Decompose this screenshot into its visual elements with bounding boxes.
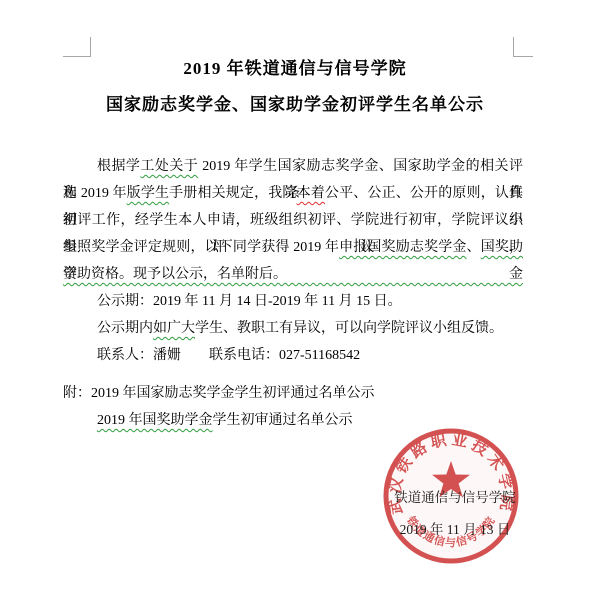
text-boundary-corner-mark-right xyxy=(513,37,533,57)
text-line: 初评工作，经学生本人申请，班级组织初评、学院进行初审，学院评议小组评议， xyxy=(63,207,523,234)
spellcheck-marked-text: 2019 年国奖助学金 xyxy=(97,413,213,428)
text-boundary-corner-mark-left xyxy=(63,37,91,57)
text-segment: 和 2019 年 xyxy=(63,186,127,201)
text-segment: 参照奖学金评定规则，以下同学获得 2019 年 xyxy=(63,240,339,255)
signature-date: 2019 年 11 月 13 日 xyxy=(380,518,530,538)
text-line: 公示期内如广大学生、教职工有异议，可以向学院评议小组反馈。 xyxy=(63,315,523,342)
text-line: 根据学工处关于 2019 年学生国家励志奖学金、国家助学金的相关评选条件 xyxy=(63,153,523,180)
text-segment: 资助资格。现予以公示，名单附后。 xyxy=(63,267,287,282)
text-segment: 根据学 xyxy=(97,159,140,174)
text-line: 参照奖学金评定规则，以下同学获得 2019 年申报国奖励志奖学金、国奖助学金 xyxy=(63,234,523,261)
spellcheck-marked-text: 工处关于 xyxy=(140,159,198,174)
text-segment: 公示期内 xyxy=(97,321,153,336)
spellcheck-marked-text: 版学生 xyxy=(127,186,169,201)
text-segment: 附：2019 年国家励志奖学金学生初评通过名单公示 xyxy=(63,386,375,401)
text-segment: 联系人：潘姗 联系电话：027-51168542 xyxy=(97,348,360,363)
text-line: 附：2019 年国家励志奖学金学生初评通过名单公示 xyxy=(63,380,523,407)
text-segment: 公示期：2019 年 11 月 14 日-2019 年 11 月 15 日。 xyxy=(97,294,402,309)
text-segment: 学生初审通过名单公示 xyxy=(213,413,353,428)
body-paragraph: 根据学工处关于 2019 年学生国家励志奖学金、国家助学金的相关评选条件和 20… xyxy=(63,153,523,369)
title-block: 2019 年铁道通信与信号学院 国家励志奖学金、国家助学金初评学生名单公示 xyxy=(0,58,590,130)
text-line: 和 2019 年版学生手册相关规定，我院本着公平、公正、公开的原则，认真组织 xyxy=(63,180,523,207)
document-page: 2019 年铁道通信与信号学院 国家励志奖学金、国家助学金初评学生名单公示 根据… xyxy=(0,0,590,593)
text-segment: 学生、教职工有异议，可以向学院评议小组反馈。 xyxy=(195,321,503,336)
text-segment: 手册相关规定，我院 xyxy=(169,186,296,201)
spellcheck-marked-text: 申报国奖励志奖学金 xyxy=(339,240,466,255)
signature-block: 铁道通信与信号学院 2019 年 11 月 13 日 xyxy=(380,486,530,538)
spellcheck-marked-text: 本着 xyxy=(297,186,325,201)
signature-org: 铁道通信与信号学院 xyxy=(380,486,530,506)
text-line: 联系人：潘姗 联系电话：027-51168542 xyxy=(63,342,523,369)
text-line: 公示期：2019 年 11 月 14 日-2019 年 11 月 15 日。 xyxy=(63,288,523,315)
title-line-2: 国家励志奖学金、国家助学金初评学生名单公示 xyxy=(0,94,590,115)
title-line-1: 2019 年铁道通信与信号学院 xyxy=(0,58,590,79)
spellcheck-marked-text: 如广大 xyxy=(153,321,195,336)
text-segment: 、 xyxy=(467,240,481,255)
